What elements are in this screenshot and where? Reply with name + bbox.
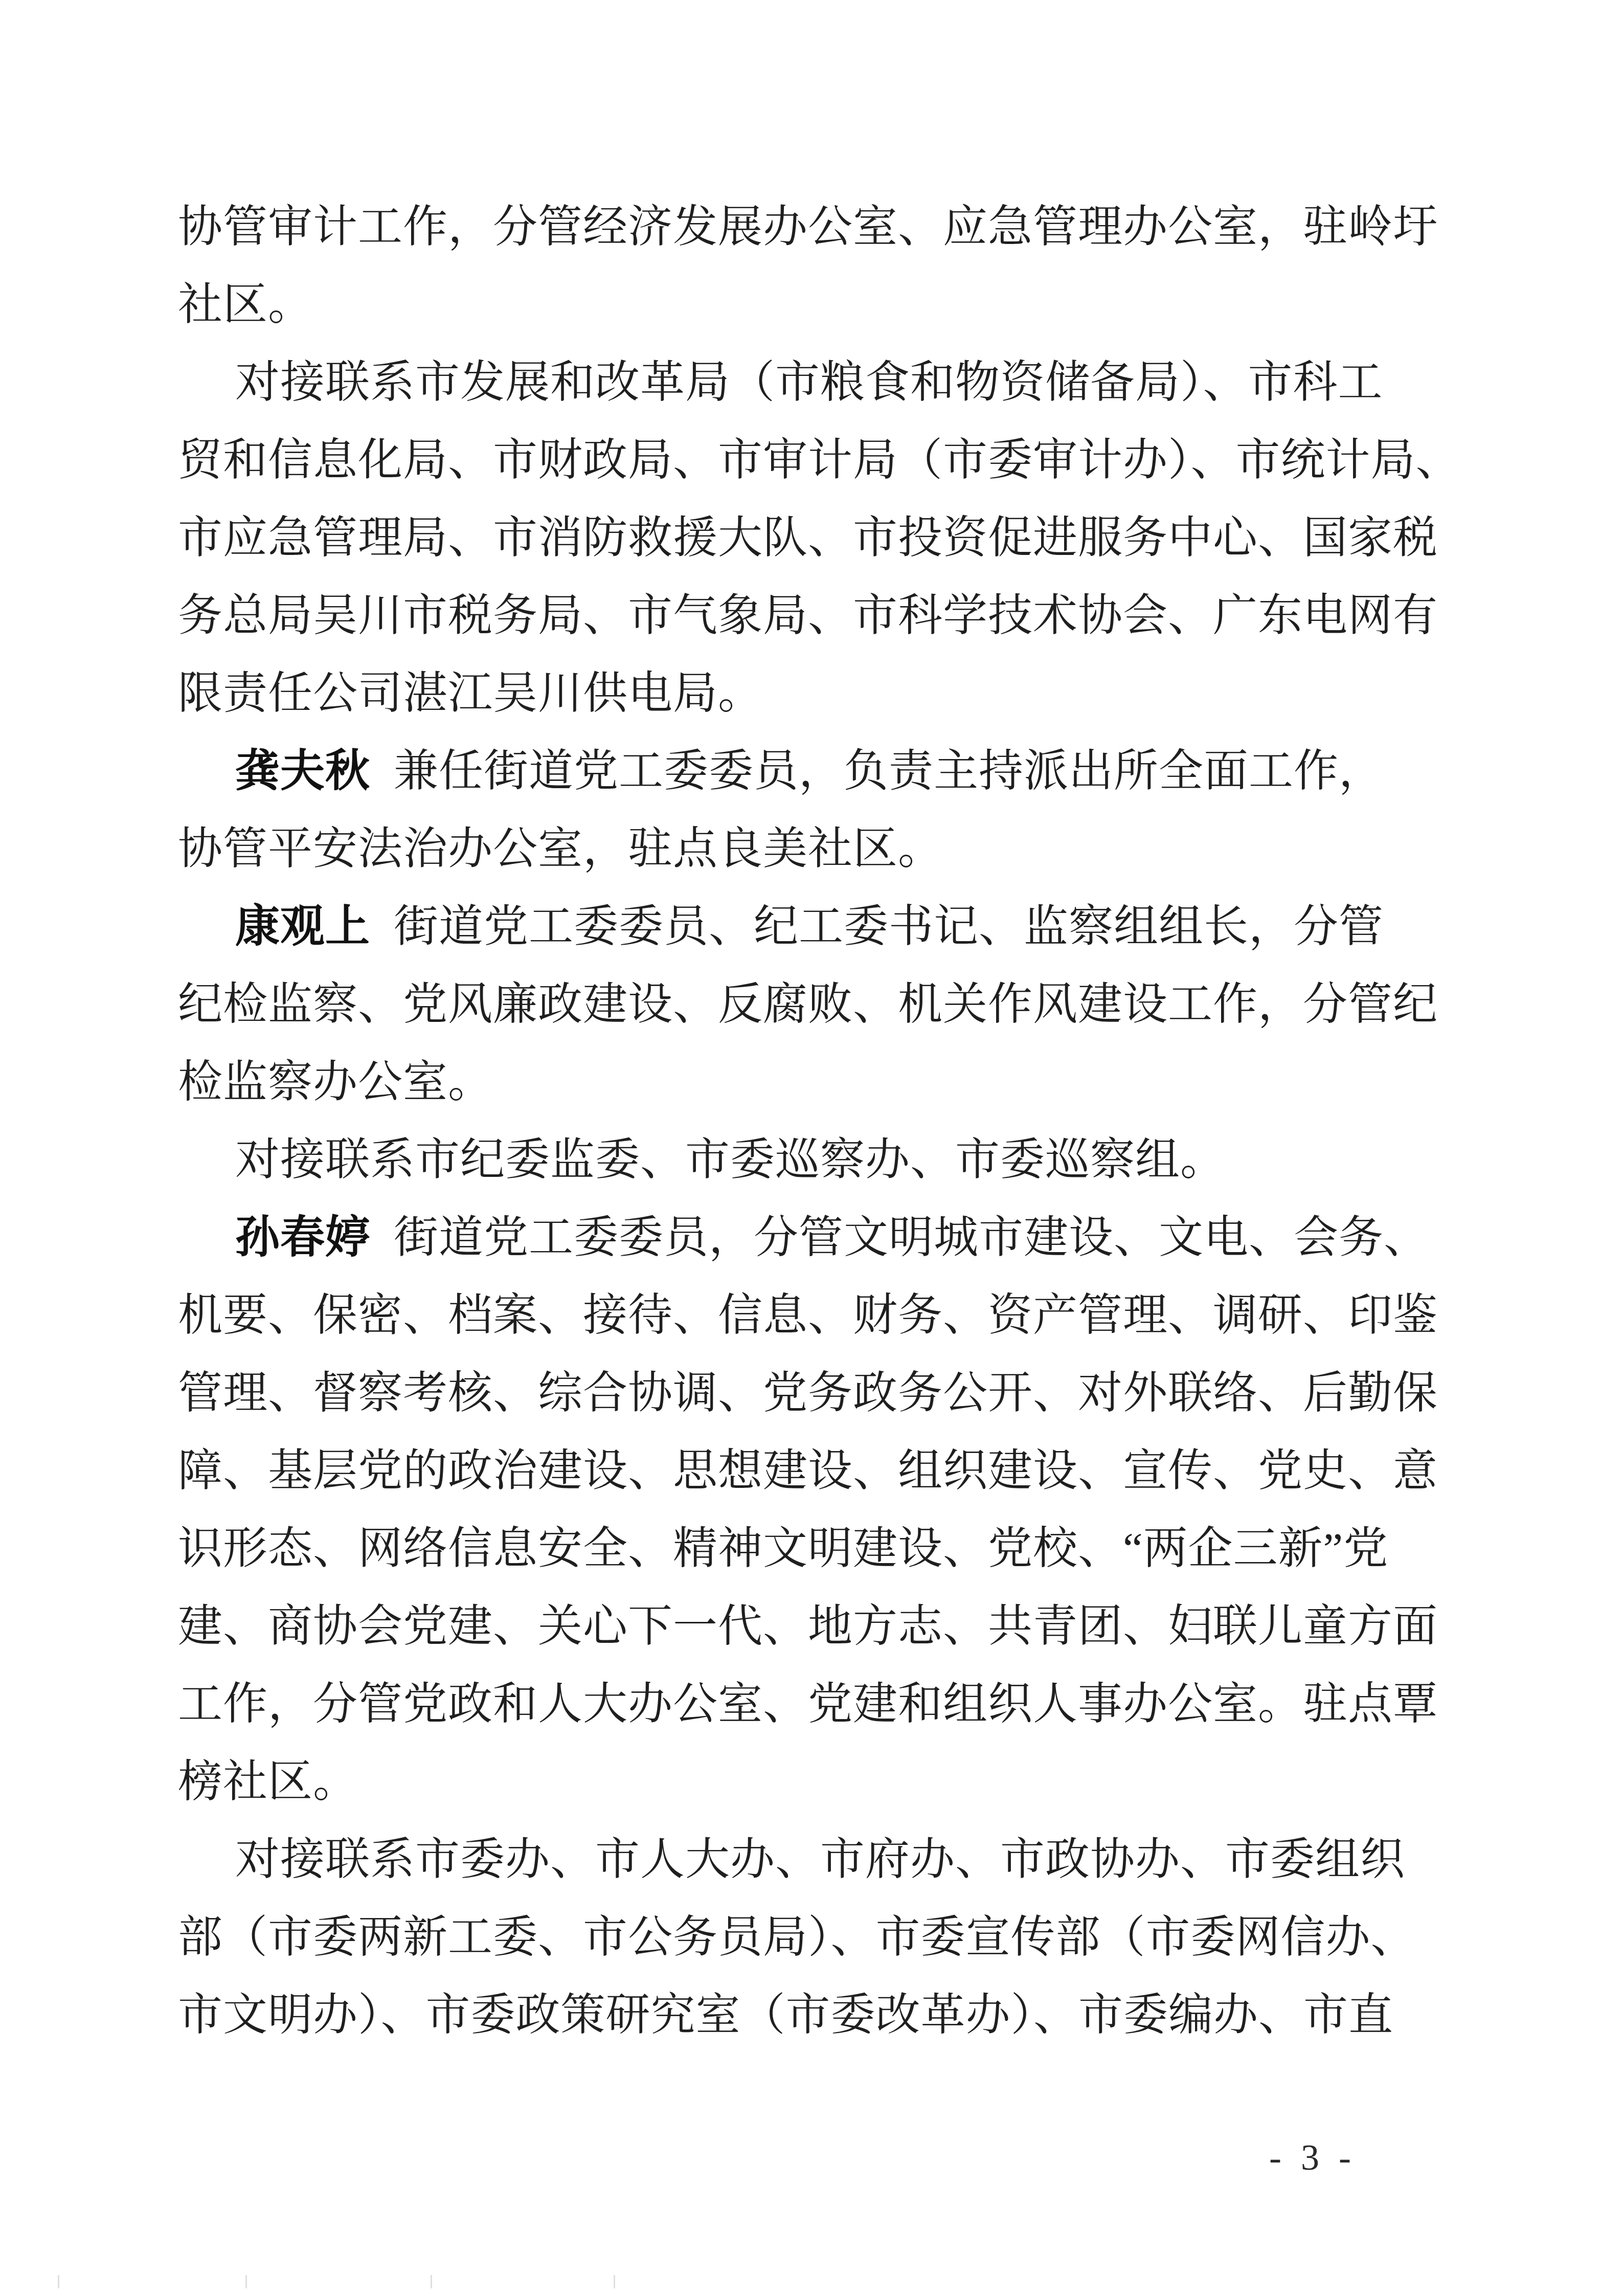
body-line: 市应急管理局、市消防救援大队、市投资促进服务中心、国家税: [178, 499, 1441, 577]
scan-artifact: [614, 2275, 615, 2288]
person-name: 孙春婷: [235, 1213, 370, 1262]
body-line: 识形态、网络信息安全、精神文明建设、党校、“两企三新”党: [178, 1510, 1441, 1588]
body-line: 建、商协会党建、关心下一代、地方志、共青团、妇联儿童方面: [178, 1588, 1441, 1665]
body-line: 对接联系市委办、市人大办、市府办、市政协办、市委组织: [178, 1821, 1441, 1899]
body-line: 对接联系市纪委监委、市委巡察办、市委巡察组。: [178, 1121, 1441, 1199]
body-line: 贸和信息化局、市财政局、市审计局（市委审计办）、市统计局、: [178, 421, 1441, 499]
body-line: 管理、督察考核、综合协调、党务政务公开、对外联络、后勤保: [178, 1354, 1441, 1432]
person-name: 康观上: [235, 902, 370, 951]
page-number: - 3 -: [1269, 2132, 1356, 2183]
document-body: 协管审计工作，分管经济发展办公室、应急管理办公室，驻岭圩 社区。 对接联系市发展…: [178, 188, 1441, 2054]
body-line: 部（市委两新工委、市公务员局）、市委宣传部（市委网信办、: [178, 1899, 1441, 1976]
body-line: 检监察办公室。: [178, 1043, 1441, 1121]
body-line: 市文明办）、市委政策研究室（市委改革办）、市委编办、市直: [178, 1976, 1441, 2054]
body-line: 限责任公司湛江吴川供电局。: [178, 655, 1441, 732]
body-line: 务总局吴川市税务局、市气象局、市科学技术协会、广东电网有: [178, 577, 1441, 655]
body-line: 协管审计工作，分管经济发展办公室、应急管理办公室，驻岭圩: [178, 188, 1441, 266]
body-line: 龚夫秋兼任街道党工委委员，负责主持派出所全面工作，: [178, 732, 1441, 810]
scanned-document-page: 协管审计工作，分管经济发展办公室、应急管理办公室，驻岭圩 社区。 对接联系市发展…: [0, 0, 1623, 2296]
body-line: 纪检监察、党风廉政建设、反腐败、机关作风建设工作，分管纪: [178, 966, 1441, 1043]
body-line: 孙春婷街道党工委委员，分管文明城市建设、文电、会务、: [178, 1199, 1441, 1277]
body-line: 社区。: [178, 266, 1441, 344]
line-text: 街道党工委委员、纪工委书记、监察组组长，分管: [394, 902, 1384, 951]
scan-artifact: [431, 2275, 432, 2288]
person-name: 龚夫秋: [235, 746, 370, 796]
body-line: 机要、保密、档案、接待、信息、财务、资产管理、调研、印鉴: [178, 1277, 1441, 1354]
body-line: 协管平安法治办公室，驻点良美社区。: [178, 810, 1441, 888]
line-text: 街道党工委委员，分管文明城市建设、文电、会务、: [394, 1213, 1429, 1262]
body-line: 工作，分管党政和人大办公室、党建和组织人事办公室。驻点覃: [178, 1665, 1441, 1743]
scan-artifact: [245, 2275, 247, 2288]
body-line: 康观上街道党工委委员、纪工委书记、监察组组长，分管: [178, 888, 1441, 966]
body-line: 障、基层党的政治建设、思想建设、组织建设、宣传、党史、意: [178, 1432, 1441, 1510]
scan-artifact: [58, 2275, 59, 2288]
body-line: 对接联系市发展和改革局（市粮食和物资储备局）、市科工: [178, 344, 1441, 421]
line-text: 兼任街道党工委委员，负责主持派出所全面工作，: [394, 746, 1384, 796]
body-line: 榜社区。: [178, 1743, 1441, 1821]
